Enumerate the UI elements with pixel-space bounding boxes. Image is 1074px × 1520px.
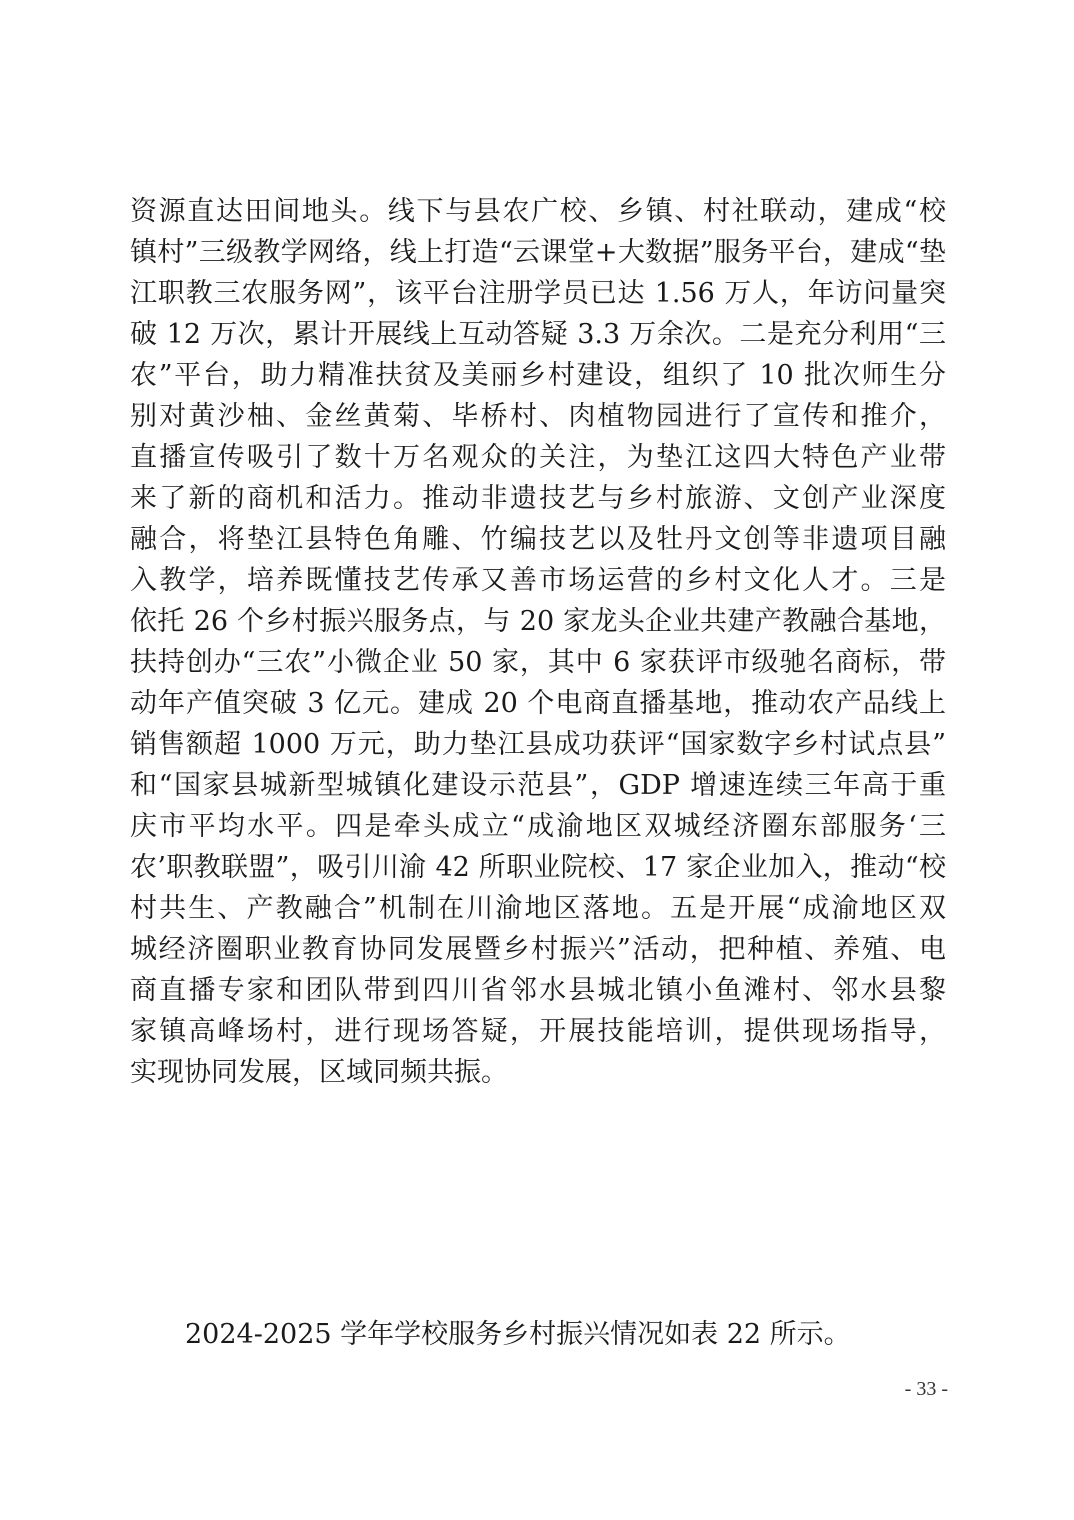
paragraph-line: 实现协同发展，区域同频共振。 [130, 1052, 946, 1093]
paragraph-line: 资源直达田间地头。线下与县农广校、乡镇、村社联动，建成“校 [130, 191, 946, 232]
paragraph-line: 别对黄沙柚、金丝黄菊、毕桥村、肉植物园进行了宣传和推介， [130, 396, 946, 437]
paragraph-line: 依托 26 个乡村振兴服务点，与 20 家龙头企业共建产教融合基地， [130, 601, 946, 642]
paragraph-line: 城经济圈职业教育协同发展暨乡村振兴”活动，把种植、养殖、电 [130, 929, 946, 970]
paragraph-line: 和“国家县城新型城镇化建设示范县”，GDP 增速连续三年高于重 [130, 765, 946, 806]
paragraph-line: 破 12 万次，累计开展线上互动答疑 3.3 万余次。二是充分利用“三 [130, 314, 946, 355]
paragraph-line: 入教学，培养既懂技艺传承又善市场运营的乡村文化人才。三是 [130, 560, 946, 601]
paragraph-line: 扶持创办“三农”小微企业 50 家，其中 6 家获评市级驰名商标，带 [130, 642, 946, 683]
paragraph-line: 家镇高峰场村，进行现场答疑，开展技能培训，提供现场指导， [130, 1011, 946, 1052]
paragraph-line: 销售额超 1000 万元，助力垫江县成功获评“国家数字乡村试点县” [130, 724, 946, 765]
paragraph-line: 动年产值突破 3 亿元。建成 20 个电商直播基地，推动农产品线上 [130, 683, 946, 724]
paragraph-line: 农’职教联盟”，吸引川渝 42 所职业院校、17 家企业加入，推动“校 [130, 847, 946, 888]
body-paragraph: 资源直达田间地头。线下与县农广校、乡镇、村社联动，建成“校 镇村”三级教学网络，… [130, 191, 946, 1093]
paragraph-line: 直播宣传吸引了数十万名观众的关注，为垫江这四大特色产业带 [130, 437, 946, 478]
paragraph-line: 农”平台，助力精准扶贫及美丽乡村建设，组织了 10 批次师生分 [130, 355, 946, 396]
paragraph-line: 江职教三农服务网”，该平台注册学员已达 1.56 万人，年访问量突 [130, 273, 946, 314]
paragraph-line: 村共生、产教融合”机制在川渝地区落地。五是开展“成渝地区双 [130, 888, 946, 929]
paragraph-line: 商直播专家和团队带到四川省邻水县城北镇小鱼滩村、邻水县黎 [130, 970, 946, 1011]
closing-sentence: 2024-2025 学年学校服务乡村振兴情况如表 22 所示。 [185, 1314, 851, 1355]
page-number: - 33 - [878, 1378, 948, 1401]
paragraph-line: 来了新的商机和活力。推动非遗技艺与乡村旅游、文创产业深度 [130, 478, 946, 519]
paragraph-line: 镇村”三级教学网络，线上打造“云课堂+大数据”服务平台，建成“垫 [130, 232, 946, 273]
paragraph-line: 庆市平均水平。四是牵头成立“成渝地区双城经济圈东部服务‘三 [130, 806, 946, 847]
document-page: 资源直达田间地头。线下与县农广校、乡镇、村社联动，建成“校 镇村”三级教学网络，… [0, 0, 1074, 1520]
paragraph-line: 融合，将垫江县特色角雕、竹编技艺以及牡丹文创等非遗项目融 [130, 519, 946, 560]
